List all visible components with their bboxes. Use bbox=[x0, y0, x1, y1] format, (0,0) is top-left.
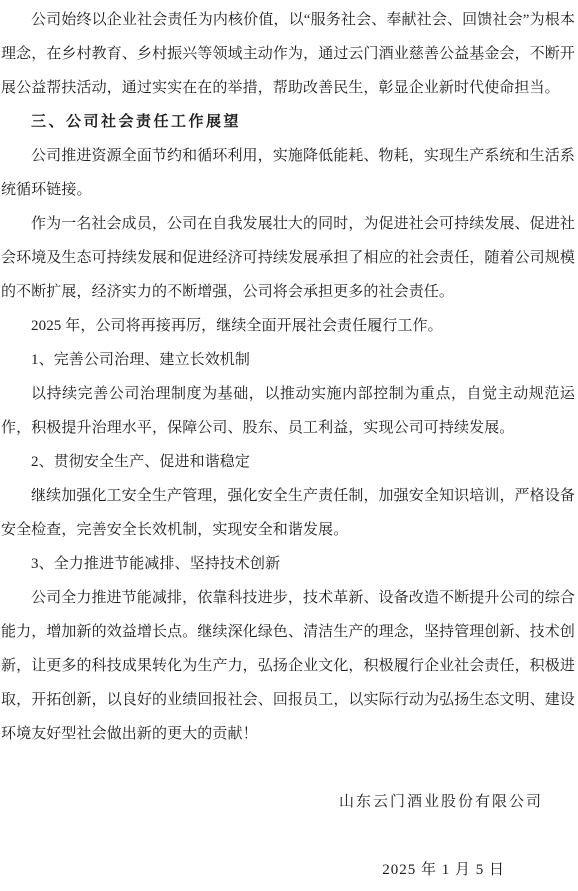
list-item-3-body: 公司全力推进节能减排，依靠科技进步，技术革新、设备改造不断提升公司的综合能力，增… bbox=[1, 581, 575, 751]
document-page: 公司始终以企业社会责任为内核价值，以“服务社会、奉献社会、回馈社会”为根本理念，… bbox=[0, 0, 578, 891]
paragraph-resource-recycling: 公司推进资源全面节约和循环利用，实施降低能耗、物耗，实现生产系统和生活系统循环链… bbox=[1, 139, 575, 207]
signature-company-name: 山东云门酒业股份有限公司 bbox=[1, 785, 575, 819]
list-item-2-body: 继续加强化工安全生产管理，强化安全生产责任制，加强安全知识培训，严格设备安全检查… bbox=[1, 479, 575, 547]
list-item-1-title: 1、完善公司治理、建立长效机制 bbox=[1, 343, 575, 377]
paragraph-intro-csr-values: 公司始终以企业社会责任为内核价值，以“服务社会、奉献社会、回馈社会”为根本理念，… bbox=[1, 3, 575, 105]
signature-date: 2025 年 1 月 5 日 bbox=[1, 853, 575, 887]
paragraph-social-member: 作为一名社会成员，公司在自我发展壮大的同时，为促进社会可持续发展、促进社会环境及… bbox=[1, 207, 575, 309]
list-item-3-title: 3、全力推进节能减排、坚持技术创新 bbox=[1, 547, 575, 581]
list-item-2-title: 2、贯彻安全生产、促进和谐稳定 bbox=[1, 445, 575, 479]
list-item-1-body: 以持续完善公司治理制度为基础，以推动实施内部控制为重点，自觉主动规范运作，积极提… bbox=[1, 377, 575, 445]
paragraph-2025-plan: 2025 年，公司将再接再厉，继续全面开展社会责任履行工作。 bbox=[1, 309, 575, 343]
section-heading-csr-outlook: 三、公司社会责任工作展望 bbox=[1, 105, 575, 139]
